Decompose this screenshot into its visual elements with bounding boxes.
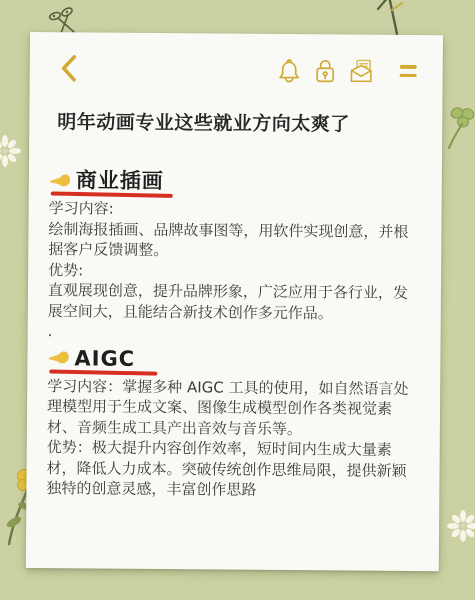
note-body[interactable]: 商业插画 学习内容: 绘制海报插画、品牌故事图等，用软件实现创意，并根据客户反馈… [46, 166, 416, 501]
bell-icon[interactable] [277, 56, 302, 83]
note-card: 明年动画专业这些就业方向太爽了 商业插画 学习内容: 绘制海报插画、品牌故事图等… [26, 32, 443, 571]
lock-icon[interactable] [313, 57, 338, 84]
back-button[interactable] [60, 54, 78, 82]
section-commercial-illustration: 商业插画 学习内容: 绘制海报插画、品牌故事图等，用软件实现创意，并根据客户反馈… [48, 166, 416, 344]
paragraph: 优势：极大提升内容创作效率，短时间内生成大量素材，降低人力成本。突破传统创作思维… [46, 437, 413, 501]
paragraph: 绘制海报插画、品牌故事图等，用软件实现创意，并根据客户反馈调整。 [48, 219, 415, 263]
paragraph: 学习内容：掌握多种 AIGC 工具的使用，如自然语言处理模型用于生成文案、图像生… [47, 376, 414, 440]
pointing-hand-icon [47, 349, 69, 366]
section-heading: 商业插画 [49, 166, 416, 197]
memo-app-screen: { "colors": { "page_background": "#cbd1a… [0, 0, 475, 600]
pointing-hand-icon [49, 172, 71, 189]
mail-share-icon[interactable] [349, 57, 374, 84]
section-heading-text: 商业插画 [76, 166, 164, 195]
white-daisy-decoration [0, 135, 21, 167]
section-heading-text: AIGC [74, 344, 135, 372]
paragraph: 学习内容: [49, 198, 416, 221]
toolbar-actions [277, 56, 374, 84]
section-aigc: AIGC 学习内容：掌握多种 AIGC 工具的使用，如自然语言处理模型用于生成文… [46, 344, 414, 502]
clover-leaf-decoration [443, 104, 475, 150]
paragraph: 直观展现创意，提升品牌形象，广泛应用于各行业，发展空间大，且能结合新技术创作多元… [48, 280, 415, 324]
paragraph: 优势: [48, 260, 415, 283]
section-heading: AIGC [47, 344, 414, 375]
toolbar [30, 32, 443, 85]
white-daisy-decoration [447, 509, 475, 543]
note-title[interactable]: 明年动画专业这些就业方向太爽了 [57, 109, 414, 138]
paragraph: . [48, 321, 415, 344]
menu-icon[interactable] [400, 65, 417, 77]
red-marker-underline [49, 369, 157, 375]
toolbar-spacer [78, 68, 277, 70]
branch-decoration [366, 0, 410, 38]
